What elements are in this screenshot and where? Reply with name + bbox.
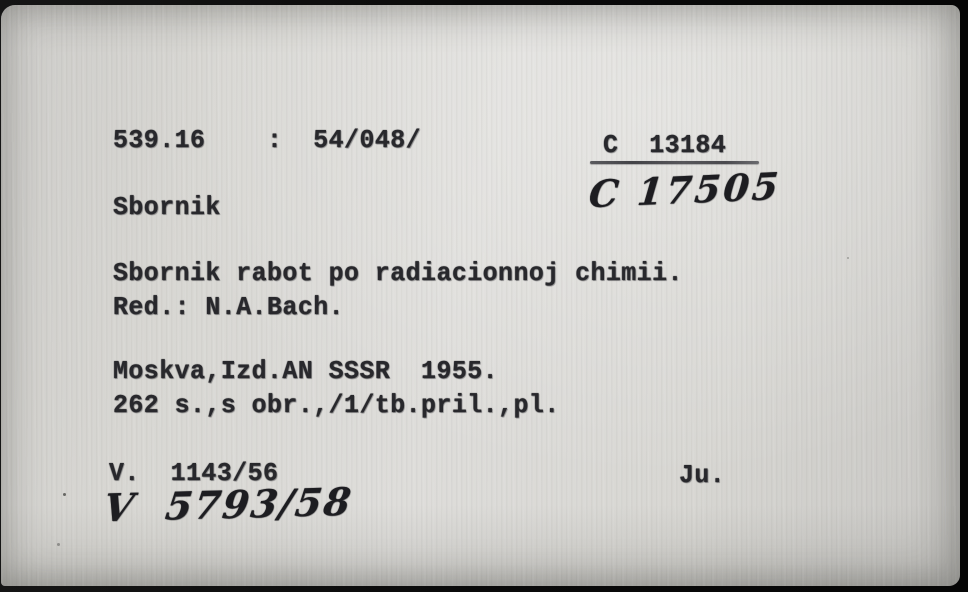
cataloger-initials: Ju. (679, 461, 725, 492)
imprint-statement: Moskva,Izd.AN SSSR 1955. (113, 357, 498, 388)
catalog-card: 539.16 : 54/048/ C 13184 C 17505 Sbornik… (1, 5, 960, 586)
paper-speck (63, 493, 66, 496)
paper-speck (57, 543, 60, 546)
scanner-background: 539.16 : 54/048/ C 13184 C 17505 Sbornik… (0, 0, 968, 592)
shelfmark-typed: C 13184 (603, 131, 726, 162)
accession-number-handwritten: V 5793/58 (101, 479, 355, 531)
main-entry-heading: Sbornik (113, 193, 221, 224)
shelfmark-underline (590, 161, 759, 164)
editor-statement: Red.: N.A.Bach. (113, 293, 344, 324)
title-statement: Sbornik rabot po radiacionnoj chimii. (113, 259, 683, 290)
paper-speck (847, 257, 849, 259)
shelfmark-handwritten: C 17505 (587, 164, 783, 217)
classification-number: 539.16 : 54/048/ (113, 126, 421, 157)
collation-statement: 262 s.,s obr.,/1/tb.pril.,pl. (113, 391, 560, 422)
